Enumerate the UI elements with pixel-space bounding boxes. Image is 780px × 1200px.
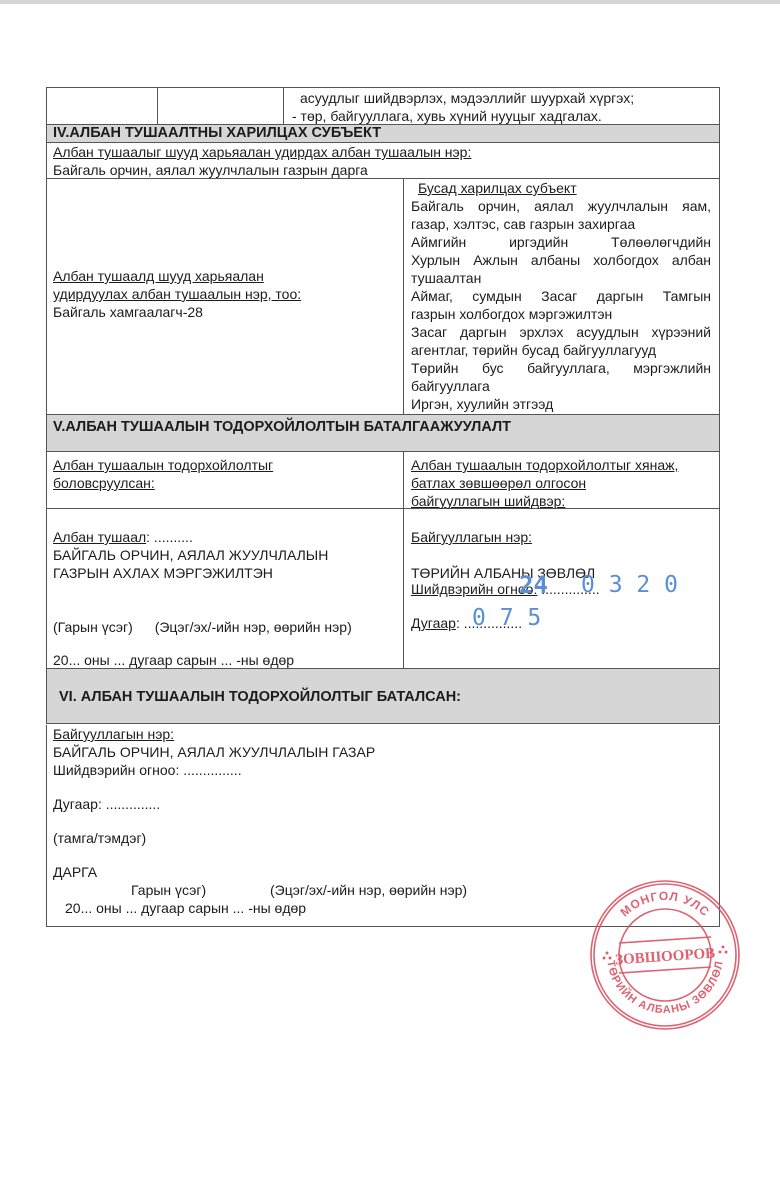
prepared-by-label-1: Албан тушаалын тодорхойлолтыг bbox=[53, 456, 397, 474]
signature-label: (Гарын үсэг) bbox=[53, 619, 133, 635]
approved-number: Дугаар: .............. bbox=[53, 795, 713, 813]
decision-date-line: Шийдвэрийн огноо: ............... bbox=[411, 580, 600, 598]
fragment-col-3: асуудлыг шийдвэрлэх, мэдээллийг шуурхай … bbox=[283, 88, 719, 124]
other-subject-line: байгууллага bbox=[411, 377, 711, 395]
svg-text:ЗОВШООРОВ: ЗОВШООРОВ bbox=[615, 946, 716, 969]
approval-decision-cell: Байгууллагын нэр: ТӨРИЙН АЛБАНЫ ЗӨВЛӨЛ Ш… bbox=[403, 509, 719, 668]
subordinate-label-1: Албан тушаалд шууд харьяалан bbox=[53, 267, 301, 285]
position-value-1: БАЙГАЛЬ ОРЧИН, АЯЛАЛ ЖУУЛЧЛАЛЫН bbox=[53, 546, 328, 564]
other-subject-line: газар, хэлтэс, сав газрын захиргаа bbox=[411, 215, 711, 233]
prepared-by-label-2: боловсруулсан: bbox=[53, 474, 397, 492]
number-label: Дугаар bbox=[411, 615, 456, 631]
approved-org-value: БАЙГАЛЬ ОРЧИН, АЯЛАЛ ЖУУЛЧЛАЛЫН ГАЗАР bbox=[53, 743, 713, 761]
other-subject-line: агентлаг, төрийн бусад байгууллагууд bbox=[411, 341, 711, 359]
approval-decision-header: Албан тушаалын тодорхойлолтыг хянаж, бат… bbox=[403, 452, 719, 508]
previous-section-fragment: асуудлыг шийдвэрлэх, мэдээллийг шуурхай … bbox=[46, 87, 720, 125]
relations-row: Албан тушаалд шууд харьяалан удирдуулах … bbox=[46, 179, 720, 415]
other-subjects-title: Бусад харилцах субъект bbox=[411, 179, 711, 197]
seal-label: (тамга/тэмдэг) bbox=[53, 829, 713, 847]
section-4-title: IV.АЛБАН ТУШААЛТНЫ ХАРИЛЦАХ СУБЪЕКТ bbox=[47, 125, 719, 142]
section-5-title: V.АЛБАН ТУШААЛЫН ТОДОРХОЙЛОЛТЫН БАТАЛГАА… bbox=[47, 415, 719, 436]
supervisor-value: Байгаль орчин, аялал жуулчлалын газрын д… bbox=[53, 161, 713, 179]
date-line: 20... оны ... дугаар сарын ... -ны өдөр bbox=[53, 651, 294, 669]
stamped-date-day: 24 bbox=[519, 571, 548, 599]
subordinate-label-2: удирдуулах албан тушаалын нэр, тоо: bbox=[53, 285, 301, 303]
position-dots: : .......... bbox=[146, 529, 193, 545]
approved-name-label: (Эцэг/эх/-ийн нэр, өөрийн нэр) bbox=[270, 882, 467, 898]
subordinate-value: Байгаль хамгаалагч-28 bbox=[53, 303, 301, 321]
other-subject-line: Аймаг, сумдын Засаг даргын Тамгын bbox=[411, 287, 711, 305]
seal-top-text: МОНГОЛ УЛС bbox=[618, 889, 713, 919]
position-value-2: ГАЗРЫН АХЛАХ МЭРГЭЖИЛТЭН bbox=[53, 564, 273, 582]
other-subjects-cell: Бусад харилцах субъект Байгаль орчин, ая… bbox=[403, 179, 719, 414]
section-5-subheader-row: Албан тушаалын тодорхойлолтыг боловсруул… bbox=[46, 452, 720, 509]
position-label: Албан тушаал bbox=[53, 529, 146, 545]
signature-line: (Гарын үсэг) (Эцэг/эх/-ийн нэр, өөрийн н… bbox=[53, 618, 352, 636]
supervisor-label: Албан тушаалыг шууд харьяалан удирдах ал… bbox=[53, 143, 713, 161]
approved-signature-label: Гарын үсэг) bbox=[131, 882, 206, 898]
other-subject-line: Төрийн бус байгууллага, мэргэжлийн bbox=[411, 359, 711, 377]
fragment-line-2: - төр, байгууллага, хувь хүний нууцыг ха… bbox=[292, 107, 719, 125]
prepared-by-cell: Албан тушаал: .......... БАЙГАЛЬ ОРЧИН, … bbox=[47, 509, 403, 668]
approval-label-3: байгууллагын шийдвэр: bbox=[411, 492, 712, 510]
approval-label-2: батлах зөвшөөрөл олгосон bbox=[411, 474, 712, 492]
section-5-body-row: Албан тушаал: .......... БАЙГАЛЬ ОРЧИН, … bbox=[46, 509, 720, 669]
fragment-col-1 bbox=[47, 88, 157, 124]
stamped-number: 0 7 5 bbox=[472, 605, 541, 631]
fragment-line-1: асуудлыг шийдвэрлэх, мэдээллийг шуурхай … bbox=[292, 89, 719, 107]
other-subject-line: тушаалтан bbox=[411, 269, 711, 287]
other-subject-line: Иргэн, хуулийн этгээд bbox=[411, 395, 711, 413]
official-seal-icon: МОНГОЛ УЛС ТӨРИЙН АЛБАНЫ ЗӨВЛӨЛ ЗОВШООРО… bbox=[585, 875, 745, 1035]
position-line: Албан тушаал: .......... bbox=[53, 528, 193, 546]
approved-org-label: Байгууллагын нэр: bbox=[53, 725, 713, 743]
job-description-form: асуудлыг шийдвэрлэх, мэдээллийг шуурхай … bbox=[46, 87, 720, 927]
fragment-col-2 bbox=[157, 88, 283, 124]
other-subject-line: Хурлын Ажлын албаны холбогдох албан bbox=[411, 251, 711, 269]
subordinate-cell: Албан тушаалд шууд харьяалан удирдуулах … bbox=[47, 179, 403, 414]
other-subject-line: Засаг даргын эрхлэх асуудлын хүрээний bbox=[411, 323, 711, 341]
section-4-header: IV.АЛБАН ТУШААЛТНЫ ХАРИЛЦАХ СУБЪЕКТ bbox=[46, 125, 720, 143]
other-subject-line: газрын холбогдох мэргэжилтэн bbox=[411, 305, 711, 323]
other-subject-line: Байгаль орчин, аялал жуулчлалын яам, bbox=[411, 197, 711, 215]
stamped-date-month-year: 0 3 2 0 bbox=[581, 572, 678, 598]
section-6-title: VI. АЛБАН ТУШААЛЫН ТОДОРХОЙЛОЛТЫГ БАТАЛС… bbox=[47, 669, 719, 706]
name-label: (Эцэг/эх/-ийн нэр, өөрийн нэр) bbox=[155, 619, 352, 635]
section-5-header: V.АЛБАН ТУШААЛЫН ТОДОРХОЙЛОЛТЫН БАТАЛГАА… bbox=[46, 415, 720, 452]
prepared-by-header: Албан тушаалын тодорхойлолтыг боловсруул… bbox=[47, 452, 403, 508]
approval-label-1: Албан тушаалын тодорхойлолтыг хянаж, bbox=[411, 456, 712, 474]
section-6-header: VI. АЛБАН ТУШААЛЫН ТОДОРХОЙЛОЛТЫГ БАТАЛС… bbox=[46, 669, 720, 724]
other-subject-line: Аймгийн иргэдийн Төлөөлөгчдийн bbox=[411, 233, 711, 251]
supervisor-row: Албан тушаалыг шууд харьяалан удирдах ал… bbox=[46, 143, 720, 179]
org-label: Байгууллагын нэр: bbox=[411, 528, 532, 546]
approved-decision-date: Шийдвэрийн огноо: ............... bbox=[53, 761, 713, 779]
scan-top-edge bbox=[0, 0, 780, 4]
